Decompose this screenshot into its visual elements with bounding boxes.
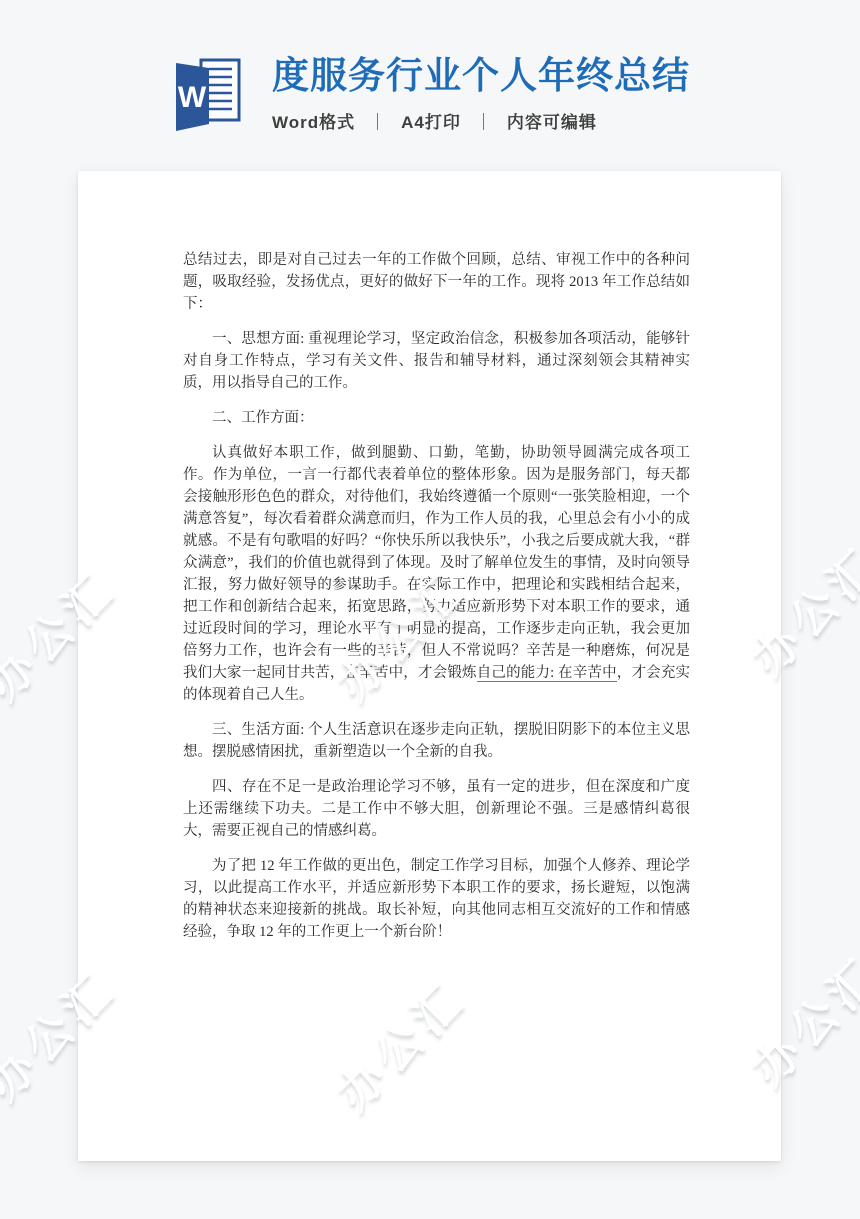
word-icon: W (168, 55, 244, 135)
paragraph-text: 一、思想方面: 重视理论学习，坚定政治信念，积极参加各项活动，能够针对自身工作特… (183, 331, 690, 391)
document-paragraph: 认真做好本职工作，做到腿勤、口勤，笔勤，协助领导圆满完成各项工作。作为单位，一言… (183, 442, 690, 706)
document-paragraph: 二、工作方面： (183, 407, 690, 429)
badge-separator: ｜ (369, 113, 387, 132)
page-background: { "header": { "title": "度服务行业个人年终总结", "b… (0, 0, 860, 1219)
word-icon-letter: W (178, 81, 207, 114)
format-badge-a4: A4打印 (401, 113, 461, 132)
document-paragraph: 为了把 12 年工作做的更出色，制定工作学习目标，加强个人修养、理论学习，以此提… (183, 855, 690, 943)
document-header: W 度服务行业个人年终总结 Word格式｜A4打印｜内容可编辑 (168, 55, 690, 135)
document-paragraph: 总结过去，即是对自己过去一年的工作做个回顾，总结、审视工作中的各种问题，吸取经验… (183, 249, 690, 315)
document-paragraph: 三、生活方面: 个人生活意识在逐步走向正轨，摆脱旧阴影下的本位主义思想。摆脱感情… (183, 719, 690, 763)
page-title: 度服务行业个人年终总结 (272, 55, 690, 97)
document-paragraph: 一、思想方面: 重视理论学习，坚定政治信念，积极参加各项活动，能够针对自身工作特… (183, 328, 690, 394)
document-page: 总结过去，即是对自己过去一年的工作做个回顾，总结、审视工作中的各种问题，吸取经验… (78, 171, 781, 1161)
paragraph-text: 三、生活方面: 个人生活意识在逐步走向正轨，摆脱旧阴影下的本位主义思想。摆脱感情… (183, 722, 690, 760)
paragraph-text: 认真做好本职工作，做到腿勤、口勤，笔勤，协助领导圆满完成各项工作。作为单位，一言… (183, 445, 690, 681)
underlined-text: 自己的能力: 在辛苦中 (477, 665, 617, 682)
paragraph-text: 为了把 12 年工作做的更出色，制定工作学习目标，加强个人修养、理论学习，以此提… (183, 858, 690, 940)
document-paragraph: 四、存在不足一是政治理论学习不够，虽有一定的进步，但在深度和广度上还需继续下功夫… (183, 776, 690, 842)
format-badge-editable: 内容可编辑 (507, 113, 597, 132)
badge-separator: ｜ (475, 113, 493, 132)
paragraph-text: 二、工作方面： (212, 410, 314, 426)
paragraph-text: 总结过去，即是对自己过去一年的工作做个回顾，总结、审视工作中的各种问题，吸取经验… (183, 252, 690, 312)
paragraph-text: 四、存在不足一是政治理论学习不够，虽有一定的进步，但在深度和广度上还需继续下功夫… (183, 779, 690, 839)
format-info: Word格式｜A4打印｜内容可编辑 (272, 108, 690, 133)
document-body: 总结过去，即是对自己过去一年的工作做个回顾，总结、审视工作中的各种问题，吸取经验… (78, 171, 781, 943)
format-badge-word: Word格式 (272, 113, 355, 132)
header-text: 度服务行业个人年终总结 Word格式｜A4打印｜内容可编辑 (272, 55, 690, 133)
